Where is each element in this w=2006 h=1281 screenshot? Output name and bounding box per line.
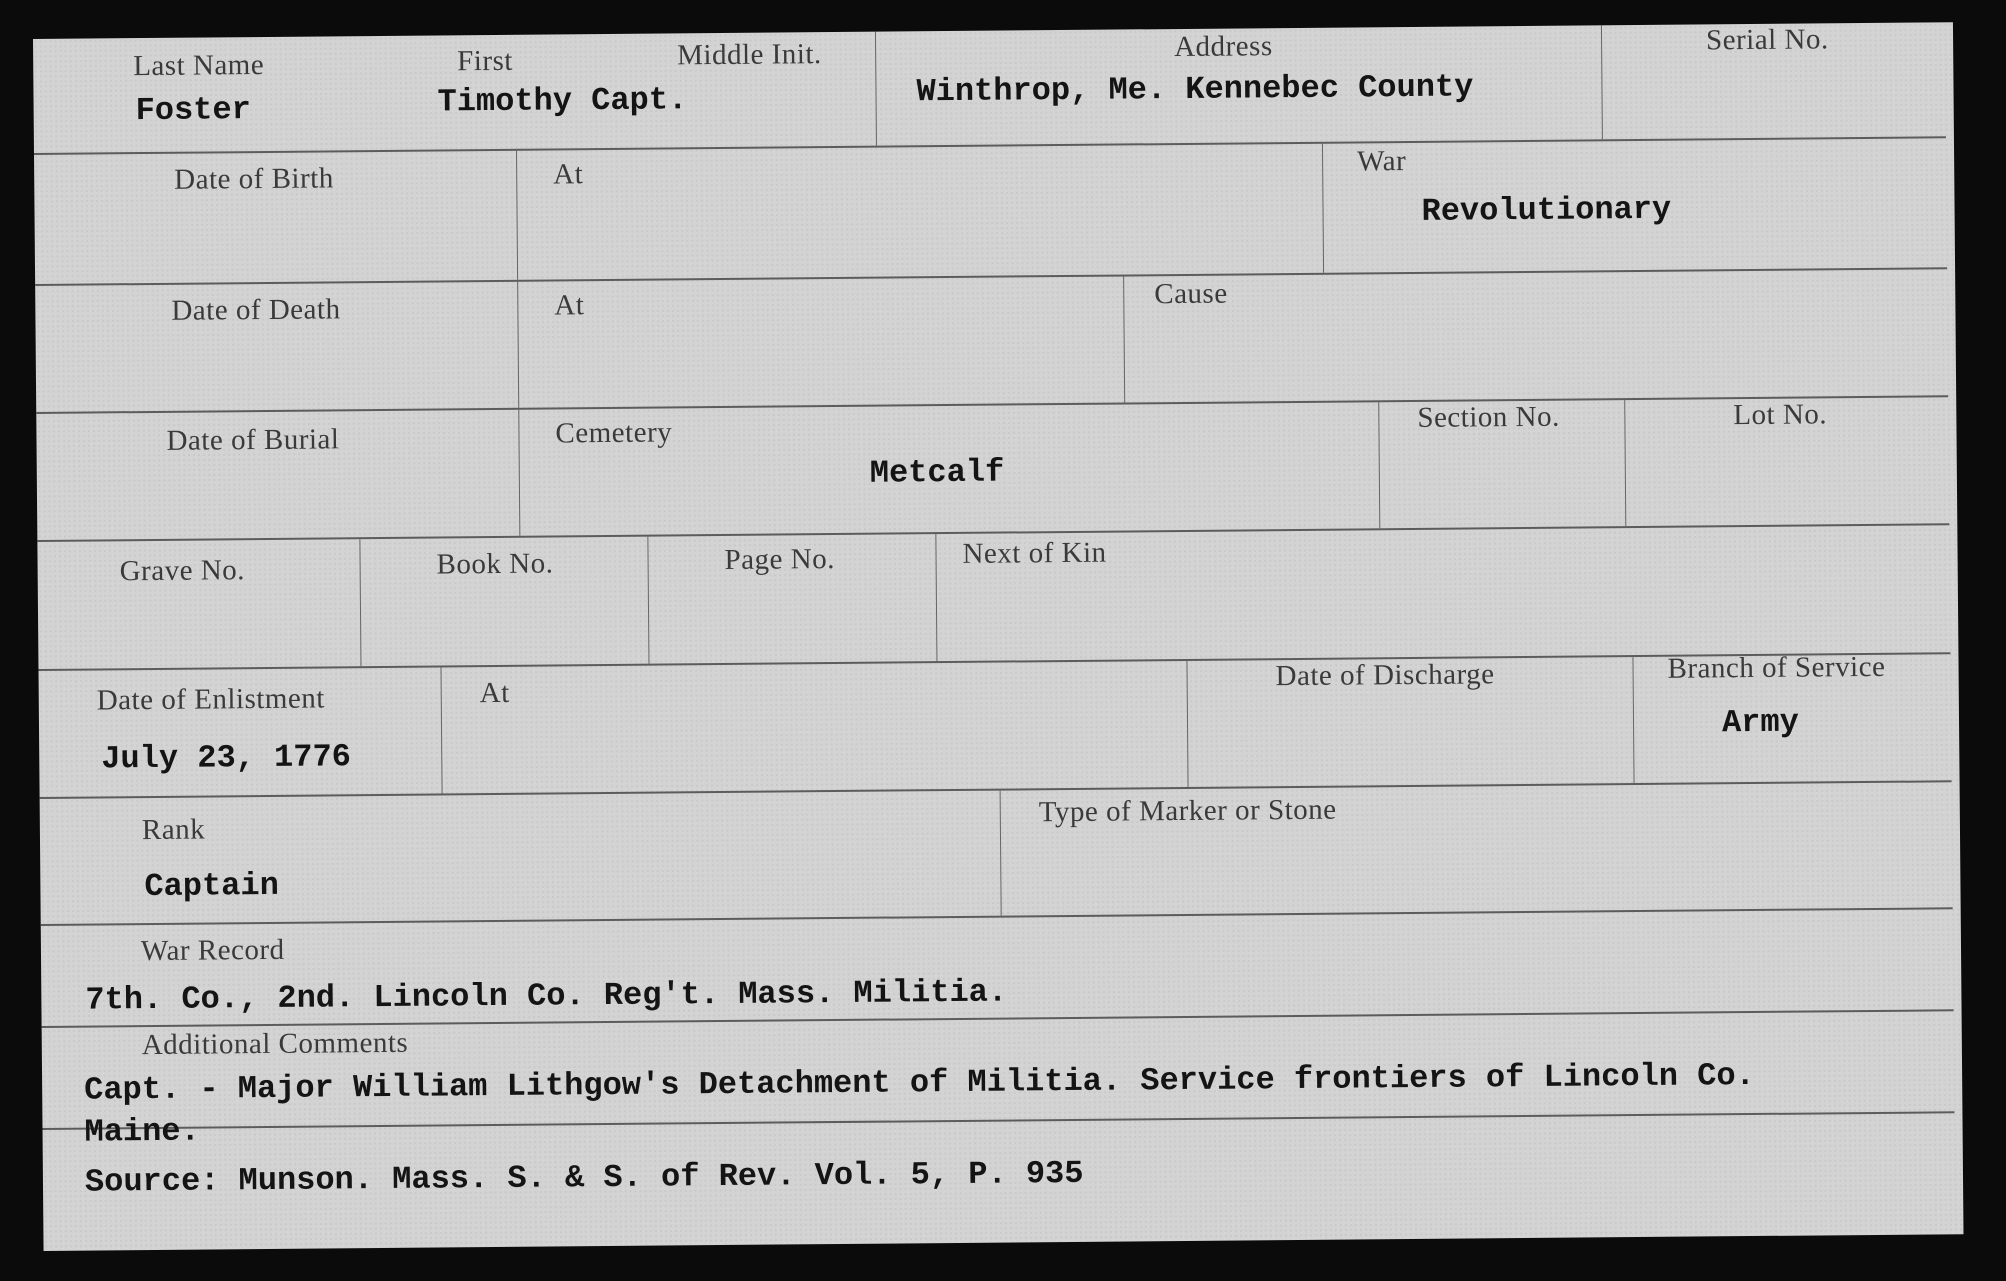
rank-label: Rank	[142, 814, 206, 848]
war-record-label: War Record	[141, 934, 285, 968]
cell-serial: Serial No.	[1601, 22, 1946, 139]
cemetery-value: Metcalf	[870, 454, 1005, 492]
cell-cemetery: Cemetery Metcalf	[518, 402, 1379, 536]
row-burial: Date of Burial Cemetery Metcalf Section …	[36, 397, 1949, 542]
row-war-record: War Record 7th. Co., 2nd. Lincoln Co. Re…	[41, 909, 1954, 1028]
cell-discharge: Date of Discharge	[1186, 657, 1633, 787]
cemetery-label: Cemetery	[555, 416, 672, 450]
row-name-address: Last Name First Middle Init. Foster Timo…	[33, 22, 1946, 155]
last-name-label: Last Name	[133, 49, 264, 83]
cell-grave: Grave No.	[37, 539, 360, 669]
cell-branch: Branch of Service Army	[1632, 654, 1951, 783]
cell-birth-place: At	[516, 144, 1323, 280]
cell-birth-date: Date of Birth	[34, 151, 517, 284]
source-value: Source: Munson. Mass. S. & S. of Rev. Vo…	[85, 1155, 1084, 1201]
rank-value: Captain	[144, 867, 279, 905]
cell-rank: Rank Captain	[40, 791, 1001, 924]
lot-label: Lot No.	[1733, 398, 1827, 432]
death-at-label: At	[554, 289, 584, 322]
row-enlistment: Date of Enlistment July 23, 1776 At Date…	[39, 654, 1952, 799]
row-comments: Additional Comments Capt. - Major Willia…	[42, 1011, 1955, 1130]
grave-label: Grave No.	[120, 554, 246, 588]
cell-burial-date: Date of Burial	[36, 410, 519, 540]
cell-war: War Revolutionary	[1322, 138, 1947, 272]
section-label: Section No.	[1417, 401, 1560, 435]
cell-next-of-kin: Next of Kin	[935, 525, 1950, 661]
cell-lot: Lot No.	[1624, 397, 1949, 526]
first-name-label: First	[457, 45, 513, 78]
row-death: Date of Death At Cause	[35, 269, 1948, 414]
cell-address: Address Winthrop, Me. Kennebec County	[875, 25, 1602, 145]
address-label: Address	[1174, 30, 1273, 64]
cell-book: Book No.	[359, 537, 648, 667]
cell-page: Page No.	[647, 534, 936, 664]
comments-label: Additional Comments	[142, 1027, 409, 1062]
book-label: Book No.	[436, 547, 553, 581]
page-label: Page No.	[724, 543, 835, 577]
cell-marker: Type of Marker or Stone	[1000, 782, 1953, 915]
last-name-value: Foster	[135, 91, 251, 129]
war-value: Revolutionary	[1421, 191, 1671, 230]
war-label: War	[1357, 145, 1406, 178]
birth-at-label: At	[553, 158, 583, 191]
enlistment-date-label: Date of Enlistment	[97, 682, 325, 717]
row-grave: Grave No. Book No. Page No. Next of Kin	[37, 525, 1950, 671]
war-record-value: 7th. Co., 2nd. Lincoln Co. Reg't. Mass. …	[85, 974, 1007, 1019]
middle-initial-label: Middle Init.	[677, 38, 822, 72]
grave-registration-card: Last Name First Middle Init. Foster Timo…	[33, 22, 1964, 1251]
next-of-kin-label: Next of Kin	[962, 537, 1106, 571]
cell-name: Last Name First Middle Init. Foster Timo…	[33, 32, 876, 153]
discharge-label: Date of Discharge	[1275, 658, 1494, 693]
address-value: Winthrop, Me. Kennebec County	[916, 68, 1473, 110]
birth-date-label: Date of Birth	[174, 162, 334, 196]
burial-date-label: Date of Burial	[166, 423, 339, 458]
cause-label: Cause	[1154, 278, 1228, 312]
serial-label: Serial No.	[1706, 23, 1829, 57]
comments-line-1: Capt. - Major William Lithgow's Detachme…	[84, 1057, 1755, 1109]
branch-value: Army	[1722, 704, 1799, 742]
cell-death-date: Date of Death	[35, 282, 518, 412]
enlistment-date-value: July 23, 1776	[101, 738, 351, 777]
enlistment-at-label: At	[480, 677, 510, 710]
cell-section: Section No.	[1378, 400, 1625, 528]
row-source: Source: Munson. Mass. S. & S. of Rev. Vo…	[43, 1113, 1956, 1251]
cell-cause: Cause	[1123, 269, 1948, 402]
cell-enlistment-date: Date of Enlistment July 23, 1776	[39, 667, 442, 797]
row-rank: Rank Captain Type of Marker or Stone	[40, 782, 1953, 926]
first-name-value: Timothy Capt.	[437, 81, 687, 120]
death-date-label: Date of Death	[171, 293, 340, 327]
row-birth: Date of Birth At War Revolutionary	[34, 138, 1947, 286]
cell-death-place: At	[517, 276, 1124, 407]
marker-label: Type of Marker or Stone	[1039, 794, 1337, 830]
branch-label: Branch of Service	[1667, 651, 1885, 686]
cell-enlistment-place: At	[440, 661, 1187, 794]
